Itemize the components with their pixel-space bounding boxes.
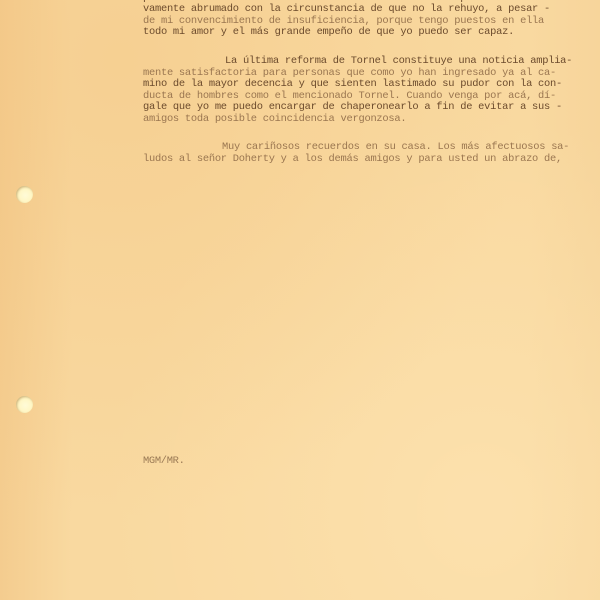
paragraph-1-line-3: todo mi amor y el más grande empeño de q…	[143, 27, 514, 39]
reference-initials: MGM/MR.	[143, 455, 185, 467]
punch-hole-top	[16, 186, 33, 203]
paragraph-2-line-6: amigos toda posible coincidencia vergonz…	[143, 114, 406, 126]
paragraph-3-line-2: ludos al señor Doherty y a los demás ami…	[143, 154, 562, 166]
punch-hole-bottom	[16, 396, 33, 413]
paragraph-1-line-1: vamente abrumado con la circunstancia de…	[143, 4, 550, 16]
letter-page: p p vamente abrumado con la circunstanci…	[0, 0, 600, 600]
paragraph-2-line-1: La última reforma de Tornel constituye u…	[225, 56, 572, 68]
paragraph-3-line-1: Muy cariñosos recuerdos en su casa. Los …	[222, 142, 569, 154]
